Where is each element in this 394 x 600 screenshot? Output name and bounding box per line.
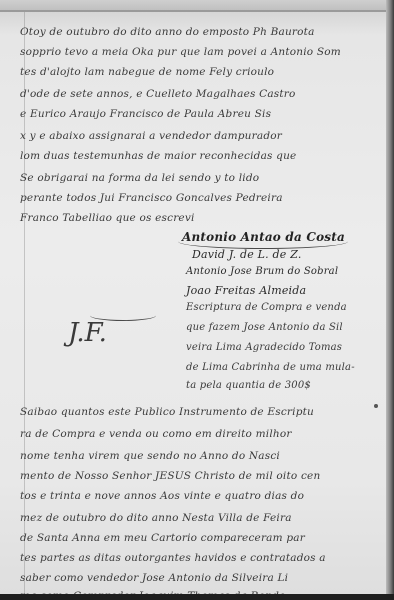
body-line-16: mez de outubro do dito anno Nesta Villa … bbox=[20, 512, 292, 524]
body-line-11: Saibao quantos este Publico Instrumento … bbox=[20, 406, 314, 418]
margin-note-line-3: veira Lima Agradecido Tomas bbox=[186, 342, 342, 353]
body-line-8: Se obrigarai na forma da lei sendo y to … bbox=[20, 172, 259, 184]
scan-right-edge bbox=[386, 0, 394, 600]
body-line-12: ra de Compra e venda ou como em direito … bbox=[20, 428, 292, 440]
body-line-2: sopprio tevo a meia Oka pur que lam pove… bbox=[20, 46, 341, 58]
signature-4: Joao Freitas Almeida bbox=[186, 284, 306, 297]
body-line-13: nome tenha virem que sendo no Anno do Na… bbox=[20, 450, 280, 462]
margin-note-line-4: de Lima Cabrinha de uma mula- bbox=[186, 362, 355, 373]
body-line-9: perante todos Jui Francisco Goncalves Pe… bbox=[20, 192, 283, 204]
body-line-18: tes partes as ditas outorgantes havidos … bbox=[20, 552, 326, 564]
body-line-7: lom duas testemunhas de maior reconhecid… bbox=[20, 150, 296, 162]
manuscript-page: Otoy de outubro do dito anno do emposto … bbox=[0, 10, 386, 597]
ink-blot bbox=[374, 404, 378, 408]
signature-flourish bbox=[178, 234, 348, 249]
margin-note-line-5: ta pela quantia de 300$ bbox=[186, 380, 311, 391]
body-line-4: d'ode de sete annos, e Cuelleto Magalhae… bbox=[20, 88, 296, 100]
scan-bottom-edge bbox=[0, 594, 394, 600]
margin-note-line-1: Escriptura de Compra e venda bbox=[186, 302, 347, 313]
signature-2: David J. de L. de Z. bbox=[192, 248, 302, 261]
body-line-17: de Santa Anna em meu Cartorio comparecer… bbox=[20, 532, 305, 544]
body-line-15: tos e trinta e nove annos Aos vinte e qu… bbox=[20, 490, 304, 502]
signature-3: Antonio Jose Brum do Sobral bbox=[186, 266, 338, 277]
body-line-6: x y e abaixo assignarai a vendedor dampu… bbox=[20, 130, 282, 142]
body-line-10: Franco Tabelliao que os escrevi bbox=[20, 212, 195, 224]
monogram-flourish bbox=[90, 310, 156, 321]
notary-monogram: J.F. bbox=[68, 318, 107, 348]
body-line-19: saber como vendedor Jose Antonio da Silv… bbox=[20, 572, 288, 584]
body-line-5: e Eurico Araujo Francisco de Paula Abreu… bbox=[20, 108, 271, 120]
body-line-14: mento de Nosso Senhor JESUS Christo de m… bbox=[20, 470, 320, 482]
body-line-1: Otoy de outubro do dito anno do emposto … bbox=[20, 26, 315, 38]
margin-note-line-2: que fazem Jose Antonio da Sil bbox=[186, 322, 343, 333]
body-line-3: tes d'alojto lam nabegue de nome Fely cr… bbox=[20, 66, 274, 78]
